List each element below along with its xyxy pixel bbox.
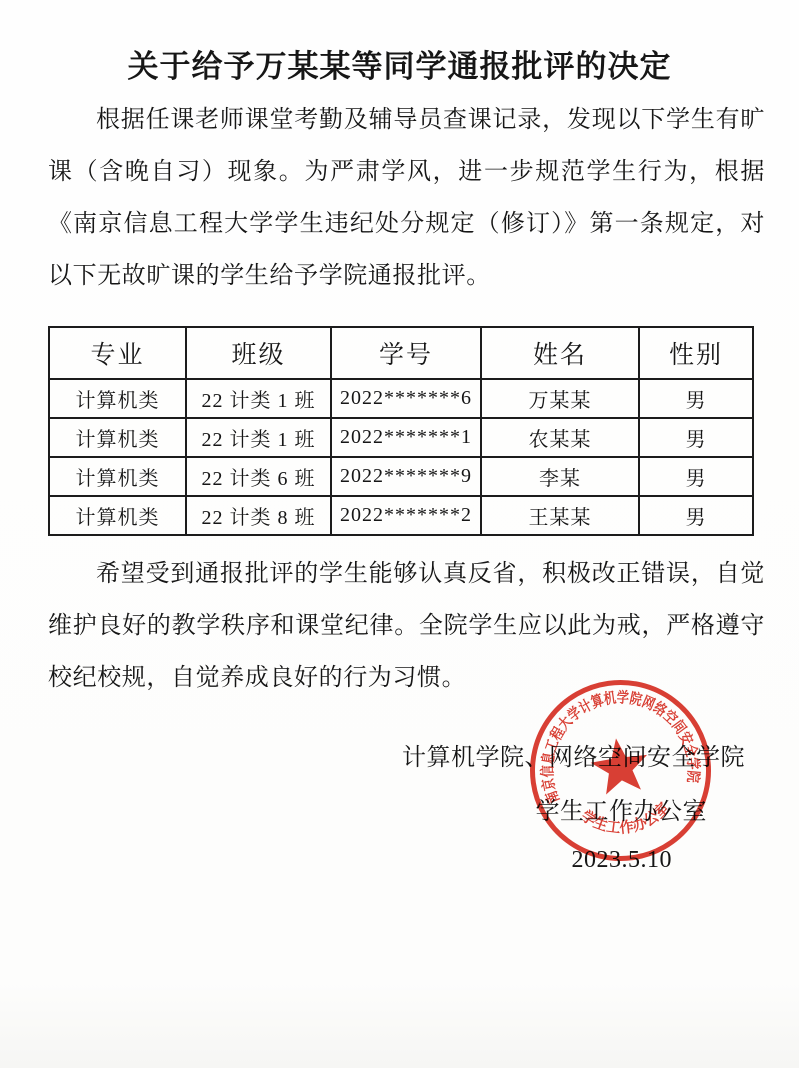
students-table: 专业 班级 学号 姓名 性别 计算机类 22 计类 1 班 2022******…: [48, 326, 754, 536]
signature-departments: 计算机学院、网络空间安全学院: [0, 732, 799, 784]
cell-major: 计算机类: [49, 379, 186, 418]
cell-major: 计算机类: [49, 496, 186, 535]
header-major: 专业: [49, 327, 186, 379]
cell-class: 22 计类 1 班: [186, 418, 331, 457]
cell-id: 2022*******2: [331, 496, 481, 535]
table-header-row: 专业 班级 学号 姓名 性别: [49, 327, 753, 379]
cell-id: 2022*******9: [331, 457, 481, 496]
signature-office: 学生工作办公室: [0, 786, 799, 838]
cell-name: 万某某: [481, 379, 639, 418]
table-row: 计算机类 22 计类 1 班 2022*******1 农某某 男: [49, 418, 753, 457]
cell-gender: 男: [639, 457, 753, 496]
cell-class: 22 计类 8 班: [186, 496, 331, 535]
header-gender: 性别: [639, 327, 753, 379]
signature-date: 2023.5.10: [0, 838, 799, 882]
header-class: 班级: [186, 327, 331, 379]
table-row: 计算机类 22 计类 6 班 2022*******9 李某 男: [49, 457, 753, 496]
cell-gender: 男: [639, 379, 753, 418]
cell-gender: 男: [639, 496, 753, 535]
document-page: 关于给予万某某等同学通报批评的决定 根据任课老师课堂考勤及辅导员查课记录，发现以…: [0, 0, 799, 1068]
cell-name: 王某某: [481, 496, 639, 535]
paragraph-intro: 根据任课老师课堂考勤及辅导员查课记录，发现以下学生有旷课（含晚自习）现象。为严肃…: [48, 94, 765, 302]
cell-name: 李某: [481, 457, 639, 496]
signature-block: 计算机学院、网络空间安全学院 学生工作办公室 2023.5.10: [0, 732, 799, 882]
header-name: 姓名: [481, 327, 639, 379]
table-row: 计算机类 22 计类 1 班 2022*******6 万某某 男: [49, 379, 753, 418]
paragraph-closing: 希望受到通报批评的学生能够认真反省，积极改正错误，自觉维护良好的教学秩序和课堂纪…: [48, 548, 765, 704]
cell-class: 22 计类 6 班: [186, 457, 331, 496]
cell-class: 22 计类 1 班: [186, 379, 331, 418]
cell-gender: 男: [639, 418, 753, 457]
cell-name: 农某某: [481, 418, 639, 457]
cell-major: 计算机类: [49, 457, 186, 496]
cell-id: 2022*******6: [331, 379, 481, 418]
header-id: 学号: [331, 327, 481, 379]
cell-id: 2022*******1: [331, 418, 481, 457]
table-row: 计算机类 22 计类 8 班 2022*******2 王某某 男: [49, 496, 753, 535]
document-title: 关于给予万某某等同学通报批评的决定: [0, 44, 799, 90]
cell-major: 计算机类: [49, 418, 186, 457]
